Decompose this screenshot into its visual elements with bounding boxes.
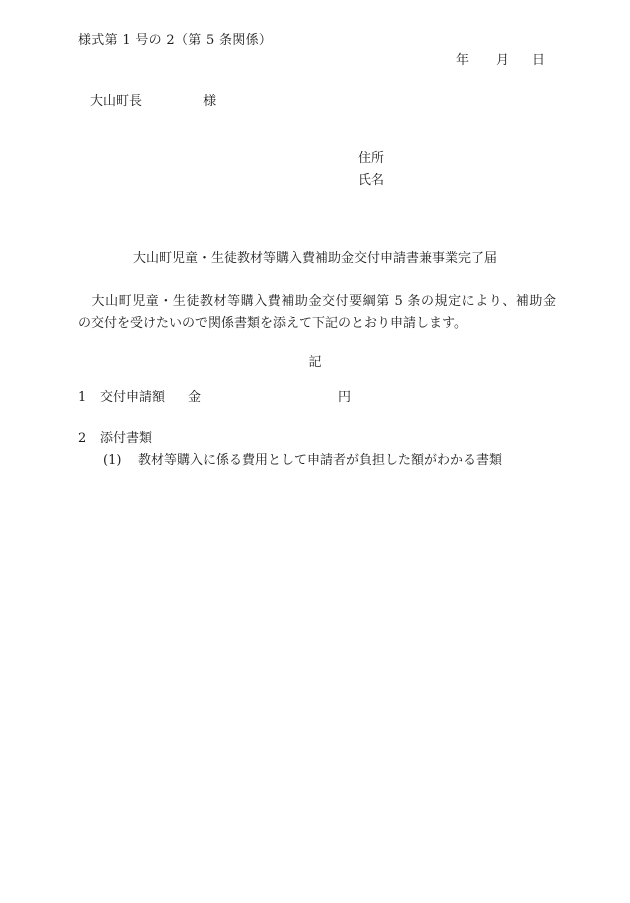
sub-item-text: 教材等購入に係る費用として申請者が負担した額がわかる書類	[138, 454, 502, 467]
item-2-row: 2 添付書類	[0, 432, 630, 448]
date-line: 年 月 日	[456, 54, 545, 67]
body-line-2: の交付を受けたいので関係書類を添えて下記のとおり申請します。	[78, 313, 556, 335]
document-page: 様式第 1 号の 2（第 5 条関係） 年 月 日 大山町長 様 住所 氏名 大…	[0, 0, 630, 903]
amount-suffix: 円	[338, 391, 351, 404]
addressee-line: 大山町長 様	[90, 95, 216, 108]
sub-item-number: (1)	[103, 454, 121, 467]
item-1-row: 1 交付申請額 金 円	[0, 391, 630, 407]
document-title: 大山町児童・生徒教材等購入費補助金交付申請書兼事業完了届	[0, 252, 630, 265]
date-year-label: 年	[456, 54, 469, 67]
item-1-number: 1	[78, 391, 86, 404]
record-marker: 記	[0, 356, 630, 369]
item-2-number: 2	[78, 432, 86, 445]
signature-address-label: 住所	[358, 152, 384, 165]
signature-name-label: 氏名	[358, 174, 384, 187]
addressee-title: 大山町長	[90, 94, 142, 109]
item-2-sub-1-row: (1) 教材等購入に係る費用として申請者が負担した額がわかる書類	[0, 454, 630, 470]
body-paragraph: 大山町児童・生徒教材等購入費補助金交付要綱第 5 条の規定により、補助金 の交付…	[78, 291, 556, 335]
item-1-label: 交付申請額	[100, 391, 165, 404]
addressee-honorific: 様	[203, 94, 216, 109]
body-line-1: 大山町児童・生徒教材等購入費補助金交付要綱第 5 条の規定により、補助金	[78, 291, 556, 313]
form-number: 様式第 1 号の 2（第 5 条関係）	[78, 34, 272, 47]
item-2-label: 添付書類	[100, 432, 152, 445]
amount-prefix: 金	[188, 391, 201, 404]
date-month-label: 月	[496, 54, 509, 67]
date-day-label: 日	[532, 54, 545, 67]
